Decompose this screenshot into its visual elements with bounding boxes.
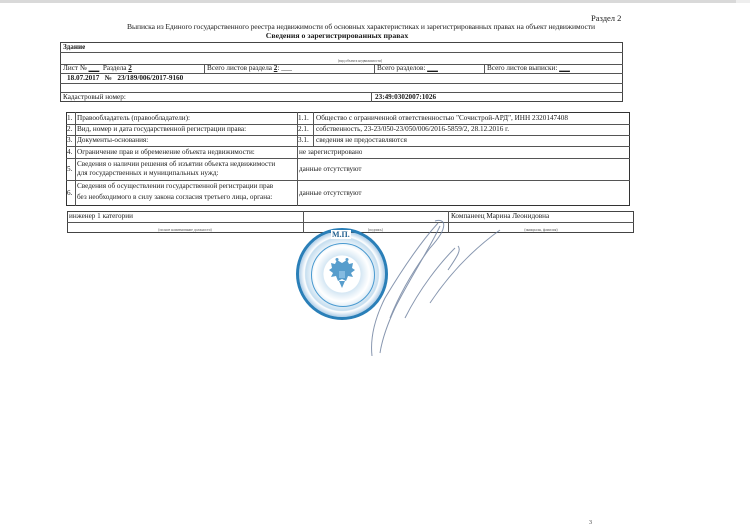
row-value: данные отсутствуют [299,165,362,174]
row-value: собственность, 23-23/050-23/050/006/2016… [316,125,509,134]
row-label: Документы-основания: [77,136,148,145]
row-label: Ограничение прав и обременение объекта н… [77,148,255,157]
total-sections: Всего разделов: ___ [377,64,438,73]
position-caption: (полное наименование должности) [67,226,303,235]
row-label-cont: для государственных и муниципальных нужд… [77,169,219,178]
row-number: 1. [67,114,72,123]
row-number: 5. [67,165,72,174]
scan-edge [0,0,750,3]
row-number: 2. [67,125,72,134]
document-title: Выписка из Единого государственного реес… [0,22,750,31]
stamp-label: М.П. [331,230,351,239]
row-sub-number: 3.1. [298,136,309,145]
row-value: сведения не предоставляются [316,136,407,145]
extract-date-number: 18.07.2017 № 23/189/006/2017-9160 [67,74,183,83]
row-value: данные отсутствуют [299,189,362,198]
total-extract-sheets: Всего листов выписки: ___ [487,64,570,73]
page-mark: 3 [589,520,592,526]
row-sub-number: 1.1. [298,114,309,123]
row-value: Общество с ограниченной ответственностью… [316,114,568,123]
row-label-cont: без необходимого в силу закона согласия … [77,193,272,202]
row-value: не зарегистрировано [299,148,362,157]
row-number: 6. [67,189,72,198]
row-number: 4. [67,148,72,157]
row-label: Сведения об осуществлении государственно… [77,182,273,191]
handwritten-signature [360,218,530,358]
row-label: Правообладатель (правообладатели): [77,114,190,123]
total-section-sheets: Всего листов раздела 2: ___ [207,64,292,73]
cadastral-number: 23:49:0302007:1026 [375,93,436,102]
row-sub-number: 2.1. [298,125,309,134]
signer-position: инженер 1 категории [69,212,133,221]
object-type: Здание [63,43,85,52]
row-label: Сведения о наличии решения об изъятии об… [77,160,275,169]
row-label: Вид, номер и дата государственной регист… [77,125,246,134]
scan-edge-right [736,0,750,3]
double-headed-eagle-icon [327,257,357,291]
cadastral-label: Кадастровый номер: [63,93,126,102]
sheet-number: Лист № ___ Раздела 2 [63,64,132,73]
row-number: 3. [67,136,72,145]
document-subtitle: Сведения о зарегистрированных правах [0,31,750,40]
